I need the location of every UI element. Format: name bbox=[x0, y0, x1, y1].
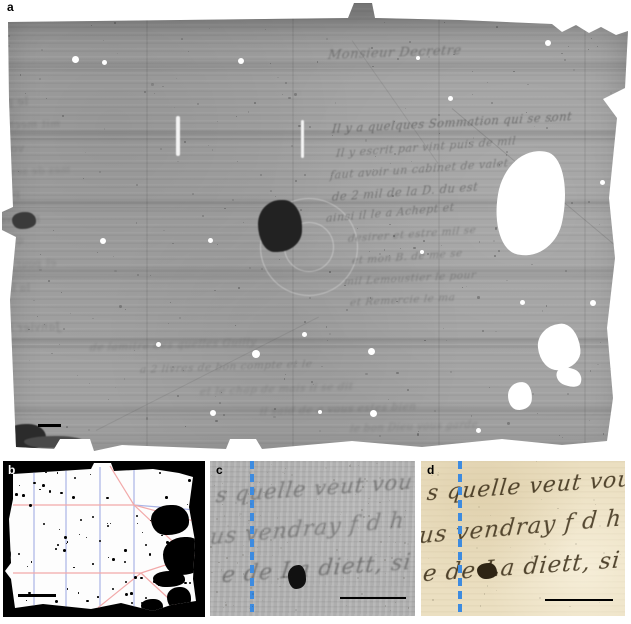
paper-grain bbox=[619, 260, 620, 261]
paper-hole-small bbox=[102, 60, 107, 65]
paper-grain bbox=[444, 22, 445, 23]
paper-grain bbox=[527, 84, 528, 85]
paper-grain bbox=[151, 83, 153, 85]
ghost-script-line: mes de ses Mireille au bbox=[0, 165, 71, 180]
paper-grain bbox=[536, 461, 537, 462]
paper-grain bbox=[494, 255, 496, 257]
paper-grain bbox=[18, 171, 19, 172]
paper-hole-small bbox=[156, 342, 161, 347]
paper-grain bbox=[319, 430, 321, 432]
paper-grain bbox=[259, 482, 260, 483]
paper-grain bbox=[137, 274, 139, 276]
paper-grain bbox=[283, 490, 284, 491]
paper-grain bbox=[113, 256, 114, 257]
ghost-script-line: Janvier mil le saacke de Luterne et bbox=[0, 320, 61, 340]
paper-grain bbox=[8, 45, 10, 47]
paper-grain bbox=[233, 605, 234, 606]
torn-speck bbox=[149, 553, 151, 555]
paper-grain bbox=[70, 313, 71, 314]
paper-grain bbox=[599, 602, 600, 603]
paper-grain bbox=[176, 78, 177, 79]
scale-bar bbox=[545, 599, 613, 601]
paper-grain bbox=[396, 301, 397, 302]
paper-grain bbox=[226, 491, 227, 492]
ghost-script-line: vous le plus cavalier cent bbox=[0, 142, 25, 158]
paper-grain bbox=[248, 111, 250, 113]
torn-speck bbox=[72, 496, 75, 499]
torn-speck bbox=[107, 525, 109, 527]
paper-grain bbox=[262, 600, 263, 601]
paper-grain bbox=[564, 59, 566, 61]
paper-grain bbox=[595, 504, 596, 505]
paper-grain bbox=[437, 474, 439, 476]
torn-speck bbox=[60, 492, 62, 494]
damage-blob bbox=[141, 599, 163, 613]
paper-grain bbox=[482, 330, 484, 332]
torn-speck bbox=[86, 600, 89, 603]
paper-grain bbox=[451, 508, 452, 509]
dark-stain bbox=[12, 212, 36, 229]
torn-speck bbox=[110, 523, 111, 524]
paper-grain bbox=[211, 475, 212, 476]
torn-speck bbox=[125, 593, 128, 596]
paper-grain bbox=[358, 465, 359, 466]
paper-grain bbox=[423, 240, 425, 242]
paper-grain bbox=[385, 573, 386, 574]
ghost-script-line: et le chap de mais il se dit bbox=[199, 381, 354, 398]
paper-grain bbox=[252, 593, 254, 595]
paper-grain bbox=[277, 578, 279, 580]
paper-grain bbox=[326, 326, 327, 327]
paper-grain bbox=[600, 342, 601, 343]
paper-grain bbox=[150, 275, 151, 276]
torn-speck bbox=[55, 600, 58, 603]
paper-hole-small bbox=[252, 350, 260, 358]
torn-speck bbox=[79, 534, 80, 535]
paper-grain bbox=[394, 153, 396, 155]
panel-c-xray-closeup: c s quelle veut vou us vendray f d h e d… bbox=[210, 461, 415, 616]
paper-grain bbox=[46, 98, 47, 99]
letter-silhouette bbox=[3, 461, 205, 617]
paper-grain bbox=[384, 559, 386, 561]
paper-grain bbox=[136, 222, 138, 224]
paper-grain bbox=[237, 161, 238, 162]
fold-dashed-line bbox=[458, 461, 462, 616]
torn-speck bbox=[64, 536, 67, 539]
paper-grain bbox=[593, 499, 595, 501]
paper-grain bbox=[388, 399, 389, 400]
paper-grain bbox=[472, 71, 473, 72]
paper-grain bbox=[292, 534, 294, 536]
letter-paper: Monsieur DecretreIl y a quelques Sommati… bbox=[0, 0, 631, 455]
damage-blob bbox=[151, 505, 189, 535]
paper-grain bbox=[119, 305, 121, 307]
paper-grain bbox=[472, 94, 473, 95]
scale-bar bbox=[340, 597, 406, 599]
ghost-script-line: le bon Dieu vous garde bbox=[349, 420, 478, 436]
paper-grain bbox=[66, 426, 68, 428]
paper-grain bbox=[597, 482, 598, 483]
paper-grain bbox=[506, 151, 508, 153]
paper-grain bbox=[462, 287, 463, 288]
paper-grain bbox=[373, 169, 374, 170]
paper-grain bbox=[92, 318, 94, 320]
paper-grain bbox=[349, 465, 351, 467]
paper-grain bbox=[392, 195, 394, 197]
paper-grain bbox=[319, 486, 321, 488]
paper-grain bbox=[432, 599, 434, 601]
paper-grain bbox=[365, 139, 367, 141]
paper-grain bbox=[270, 539, 272, 541]
paper-hole-small bbox=[100, 238, 106, 244]
torn-speck bbox=[15, 493, 18, 496]
torn-speck bbox=[18, 553, 20, 555]
paper-grain bbox=[170, 302, 171, 303]
paper-grain bbox=[424, 340, 426, 342]
paper-grain bbox=[487, 82, 488, 83]
paper-grain bbox=[8, 35, 10, 37]
paper-grain bbox=[239, 515, 240, 516]
paper-grain bbox=[216, 518, 218, 520]
ghost-script-line: Il y a quelques Sommation qui se sont bbox=[331, 109, 572, 136]
paper-grain bbox=[39, 269, 41, 271]
paper-grain bbox=[280, 547, 282, 549]
paper-grain bbox=[179, 317, 181, 319]
handwriting-line: us vendray f d h bbox=[421, 505, 623, 549]
paper-grain bbox=[562, 437, 563, 438]
paper-grain bbox=[333, 479, 335, 481]
paper-grain bbox=[223, 414, 225, 416]
paper-grain bbox=[287, 542, 288, 543]
paper-grain bbox=[177, 395, 179, 397]
paper-grain bbox=[33, 300, 35, 302]
paper-grain bbox=[335, 102, 337, 104]
paper-grain bbox=[212, 149, 213, 150]
paper-grain bbox=[399, 551, 401, 553]
paper-grain bbox=[215, 420, 217, 422]
paper-grain bbox=[407, 543, 409, 545]
paper-grain bbox=[48, 280, 50, 282]
paper-hole-small bbox=[476, 428, 481, 433]
paper-grain bbox=[254, 102, 256, 104]
paper-grain bbox=[597, 46, 598, 47]
paper-grain bbox=[252, 527, 254, 529]
paper-grain bbox=[365, 373, 367, 375]
paper-hole bbox=[536, 322, 583, 372]
torn-speck bbox=[189, 582, 191, 584]
dark-stain bbox=[258, 200, 302, 252]
paper-grain bbox=[575, 543, 577, 545]
ghost-script-line: Il y escrit par vint puis de mil bbox=[336, 134, 517, 160]
paper-grain bbox=[362, 486, 364, 488]
paper-grain bbox=[154, 93, 155, 94]
paper-grain bbox=[184, 141, 186, 143]
paper-grain bbox=[368, 515, 370, 517]
panel-d-label: d bbox=[427, 463, 434, 477]
paper-grain bbox=[358, 527, 359, 528]
paper-grain bbox=[249, 267, 251, 269]
paper-grain bbox=[214, 485, 215, 486]
paper-grain bbox=[372, 66, 373, 67]
paper-grain bbox=[181, 38, 183, 40]
paper-grain bbox=[221, 534, 222, 535]
paper-grain bbox=[426, 169, 427, 170]
paper-hole-small bbox=[368, 348, 375, 355]
paper-grain bbox=[77, 375, 78, 376]
paper-grain bbox=[282, 94, 283, 95]
paper-grain bbox=[370, 297, 371, 298]
paper-grain bbox=[236, 116, 237, 117]
paper-hole-small bbox=[420, 250, 424, 254]
paper-grain bbox=[379, 435, 381, 437]
paper-grain bbox=[491, 102, 493, 104]
panel-d-photo-closeup: d s quelle veut vou us vendray f d h e d… bbox=[421, 461, 625, 616]
paper-grain bbox=[573, 69, 575, 71]
paper-grain bbox=[534, 126, 535, 127]
paper-grain bbox=[272, 555, 273, 556]
paper-grain bbox=[222, 483, 223, 484]
paper-grain bbox=[124, 378, 126, 380]
paper-grain bbox=[546, 305, 547, 306]
paper-grain bbox=[285, 468, 286, 469]
panel-a-label: a bbox=[7, 0, 14, 14]
paper-grain bbox=[559, 435, 560, 436]
paper-grain bbox=[471, 415, 473, 417]
paper-grain bbox=[317, 499, 318, 500]
paper-grain bbox=[395, 542, 397, 544]
paper-grain bbox=[603, 433, 605, 435]
paper-hole-small bbox=[208, 238, 213, 243]
paper-grain bbox=[284, 473, 285, 474]
paper-grain bbox=[218, 562, 219, 563]
paper-grain bbox=[25, 93, 27, 95]
paper-grain bbox=[368, 503, 369, 504]
paper-grain bbox=[125, 309, 126, 310]
torn-speck bbox=[165, 496, 168, 499]
paper-grain bbox=[136, 184, 138, 186]
dark-stain bbox=[24, 436, 84, 448]
paper-grain bbox=[589, 420, 590, 421]
handwriting-line: s quelle veut vou bbox=[426, 467, 625, 507]
ghost-script-line: de 2 mil de la D. du est bbox=[332, 180, 479, 204]
paper-grain bbox=[279, 586, 280, 587]
paper-grain bbox=[561, 53, 563, 55]
paper-grain bbox=[446, 340, 447, 341]
paper-grain bbox=[277, 77, 279, 79]
paper-grain bbox=[506, 154, 507, 155]
paper-grain bbox=[438, 114, 440, 116]
torn-speck bbox=[49, 490, 52, 493]
paper-grain bbox=[183, 370, 184, 371]
paper-grain bbox=[364, 478, 366, 480]
paper-grain bbox=[541, 499, 542, 500]
torn-speck bbox=[112, 558, 115, 561]
paper-grain bbox=[285, 374, 286, 375]
paper-grain bbox=[61, 292, 62, 293]
torn-speck bbox=[137, 523, 138, 524]
paper-hole-small bbox=[370, 410, 377, 417]
paper-grain bbox=[376, 463, 378, 465]
paper-grain bbox=[271, 464, 272, 465]
paper-hole-small bbox=[210, 410, 216, 416]
paper-grain bbox=[208, 145, 209, 146]
paper-grain bbox=[513, 71, 515, 73]
paper-grain bbox=[39, 78, 41, 80]
bright-slit bbox=[176, 116, 180, 156]
paper-grain bbox=[221, 392, 222, 393]
paper-grain bbox=[222, 504, 223, 505]
paper-grain bbox=[357, 577, 358, 578]
paper-grain bbox=[347, 559, 348, 560]
paper-grain bbox=[379, 253, 381, 255]
paper-grain bbox=[588, 201, 590, 203]
paper-grain bbox=[621, 113, 622, 114]
paper-grain bbox=[453, 54, 454, 55]
paper-grain bbox=[411, 161, 412, 162]
paper-grain bbox=[493, 240, 495, 242]
paper-grain bbox=[291, 145, 293, 147]
paper-grain bbox=[265, 29, 266, 30]
paper-grain bbox=[568, 46, 569, 47]
torn-speck bbox=[26, 600, 27, 601]
paper-grain bbox=[185, 426, 186, 427]
paper-grain bbox=[484, 593, 486, 595]
paper-grain bbox=[248, 523, 249, 524]
paper-grain bbox=[188, 51, 189, 52]
paper-grain bbox=[41, 49, 43, 51]
paper-grain bbox=[409, 41, 411, 43]
paper-grain bbox=[346, 309, 348, 311]
paper-grain bbox=[479, 241, 480, 242]
paper-grain bbox=[162, 86, 164, 88]
paper-grain bbox=[243, 573, 245, 575]
paper-grain bbox=[395, 594, 397, 596]
paper-grain bbox=[363, 516, 365, 518]
paper-grain bbox=[394, 121, 395, 122]
paper-grain bbox=[487, 585, 489, 587]
paper-grain bbox=[280, 533, 282, 535]
ghost-script-line: Monsieur Decretre bbox=[327, 43, 462, 63]
damage-blob bbox=[153, 571, 185, 587]
paper-grain bbox=[391, 526, 392, 527]
paper-grain bbox=[539, 597, 541, 599]
paper-grain bbox=[434, 410, 436, 412]
paper-grain bbox=[454, 552, 455, 553]
paper-hole-small bbox=[520, 300, 525, 305]
ghost-script-line: quil scait bien des le bbox=[0, 235, 25, 248]
paper-grain bbox=[396, 372, 398, 374]
handwriting-line: e de La diett, si e bbox=[422, 545, 625, 587]
paper-grain bbox=[546, 127, 548, 129]
paper-grain bbox=[441, 245, 442, 246]
paper-grain bbox=[192, 193, 194, 195]
paper-grain bbox=[44, 324, 45, 325]
paper-grain bbox=[160, 148, 162, 150]
torn-speck bbox=[92, 516, 94, 518]
paper-grain bbox=[332, 135, 333, 136]
paper-grain bbox=[390, 163, 391, 164]
paper-grain bbox=[202, 215, 204, 217]
paper-grain bbox=[270, 63, 271, 64]
ghost-script-line: mil Lemoustier le pour bbox=[343, 269, 476, 288]
paper-grain bbox=[478, 506, 480, 508]
paper-grain bbox=[537, 413, 539, 415]
torn-speck bbox=[57, 472, 58, 473]
paper-grain bbox=[88, 429, 90, 431]
paper-grain bbox=[117, 53, 119, 55]
paper-grain bbox=[53, 230, 54, 231]
paper-grain bbox=[390, 610, 391, 611]
paper-grain bbox=[40, 254, 41, 255]
paper-grain bbox=[389, 500, 390, 501]
paper-grain bbox=[261, 268, 263, 270]
paper-grain bbox=[91, 25, 92, 26]
paper-grain bbox=[211, 572, 213, 574]
paper-grain bbox=[620, 109, 621, 110]
paper-grain bbox=[20, 74, 22, 76]
paper-grain bbox=[62, 115, 64, 117]
torn-speck bbox=[22, 494, 25, 497]
paper-grain bbox=[263, 530, 264, 531]
paper-grain bbox=[532, 393, 534, 395]
paper-grain bbox=[329, 333, 331, 335]
paper-grain bbox=[571, 202, 573, 204]
paper-grain bbox=[407, 389, 409, 391]
paper-grain bbox=[549, 549, 550, 550]
paper-grain bbox=[277, 517, 278, 518]
paper-grain bbox=[326, 38, 328, 40]
paper-grain bbox=[114, 22, 115, 23]
paper-grain bbox=[285, 82, 287, 84]
paper-grain bbox=[216, 582, 217, 583]
paper-grain bbox=[37, 316, 38, 317]
torn-speck bbox=[159, 472, 161, 474]
paper-hole-small bbox=[416, 56, 420, 60]
paper-grain bbox=[428, 558, 429, 559]
paper-grain bbox=[309, 126, 311, 128]
paper-grain bbox=[321, 366, 323, 368]
panel-a-letter-scan: a Monsieur DecretreIl y a quelques Somma… bbox=[0, 0, 631, 458]
paper-grain bbox=[506, 280, 508, 282]
damage-blob bbox=[163, 537, 205, 575]
paper-hole-small bbox=[302, 332, 307, 337]
paper-grain bbox=[177, 161, 178, 162]
paper-grain bbox=[404, 542, 406, 544]
paper-grain bbox=[599, 224, 600, 225]
paper-grain bbox=[400, 248, 401, 249]
paper-grain bbox=[544, 543, 546, 545]
paper-grain bbox=[384, 22, 386, 24]
ghost-script-line: desirer et estre mil se bbox=[348, 224, 477, 245]
handwriting-line: s quelle veut vou bbox=[215, 469, 414, 507]
paper-grain bbox=[197, 103, 199, 105]
paper-grain bbox=[597, 364, 598, 365]
paper-grain bbox=[498, 250, 500, 252]
paper-grain bbox=[443, 328, 444, 329]
paper-grain bbox=[217, 244, 218, 245]
paper-grain bbox=[329, 271, 331, 273]
paper-grain bbox=[246, 502, 248, 504]
paper-grain bbox=[510, 547, 512, 549]
paper-grain bbox=[609, 29, 611, 31]
paper-grain bbox=[235, 325, 236, 326]
torn-speck bbox=[80, 519, 82, 521]
paper-grain bbox=[83, 178, 84, 179]
paper-grain bbox=[250, 503, 252, 505]
torn-speck bbox=[134, 576, 137, 579]
paper-grain bbox=[317, 61, 318, 62]
paper-grain bbox=[209, 28, 210, 29]
